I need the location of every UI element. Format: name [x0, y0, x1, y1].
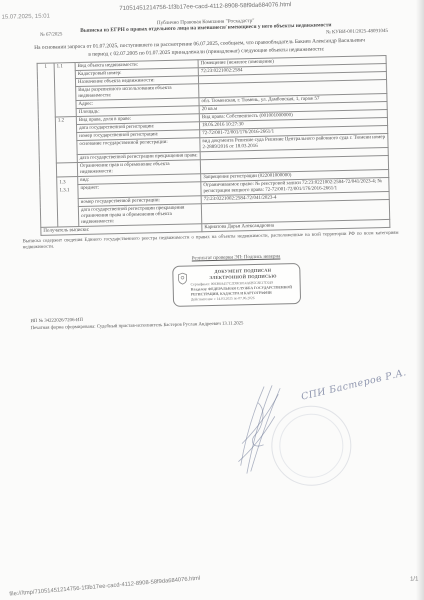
outgoing-number: № 67/2025	[40, 32, 63, 38]
section-number-cell	[56, 163, 77, 177]
row-label: дата государственной регистрации прекращ…	[78, 204, 201, 227]
stamp-validity-line: Действителен: с 14.03.2025 по 07.06.2026	[191, 295, 296, 302]
section-number-cell: 1.2	[55, 117, 77, 163]
electronic-signature-stamp: ДОКУМЕНТ ПОДПИСАН ЭЛЕКТРОННОЙ ПОДПИСЬЮ С…	[172, 263, 301, 306]
egrn-table: 1 1.1 Вид объекта недвижимости: Помещени…	[37, 55, 391, 236]
handwritten-signature-icon	[232, 382, 306, 487]
print-timestamp: 15.07.2025, 15:01	[1, 14, 50, 21]
print-filename: 71051451214756-1f3b17ee-cacd-4112-8908-5…	[0, 0, 417, 15]
stamp-text: ДОКУМЕНТ ПОДПИСАН ЭЛЕКТРОННОЙ ПОДПИСЬЮ С…	[190, 268, 296, 303]
scan-edge-shadow	[416, 0, 424, 600]
section-number-cell: 1.3 1.3.1	[57, 177, 79, 227]
shield-emblem-icon	[177, 270, 187, 290]
signature-check-result: Результат проверки ЭП: Подпись неверна	[121, 253, 351, 263]
scanned-page: 15.07.2025, 15:01 71051451214756-1f3b17e…	[0, 0, 424, 600]
request-number: № КУВИ-001/2025-48091045	[326, 29, 388, 35]
section-number: 1.3	[59, 180, 75, 186]
stamp-details: Сертификат: 00ЕВ8А457С2D9F3014А6В5С8Е17D…	[191, 281, 296, 303]
print-footer-url: file:///tmp/71051451214756-1f3b17ee-cacd…	[9, 576, 200, 598]
document-body: На основании запроса от 01.07.2025, пост…	[0, 36, 424, 331]
signature-block: Результат проверки ЭП: Подпись неверна Д…	[121, 253, 352, 308]
section-number-cell: 1.1	[54, 63, 76, 117]
subsection-number: 1.3.1	[59, 188, 75, 194]
handwritten-name: СПИ Бастеров Р.А.	[300, 367, 408, 403]
handwritten-annotation: СПИ Бастеров Р.А.	[230, 377, 423, 496]
